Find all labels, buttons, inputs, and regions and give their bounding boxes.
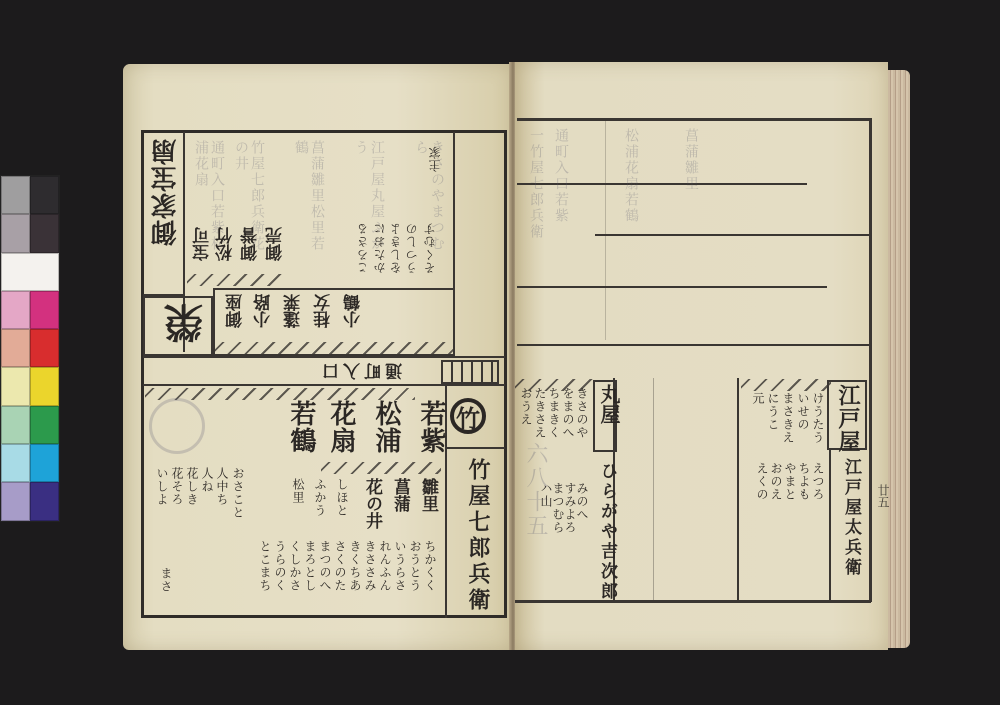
table-right-rule (869, 118, 872, 602)
corner-mark: 榮 (158, 302, 215, 343)
courtesan-name: 雛里 (416, 478, 441, 512)
color-patch (30, 482, 59, 520)
bleed-through-text: 松浦花扇若鶴 (623, 128, 639, 268)
kana-column: れんふん (378, 540, 392, 592)
divider (445, 447, 505, 449)
heading-name: 花扇 (323, 400, 360, 454)
courtesan-name: しほと (335, 478, 349, 517)
table-row-rule (517, 286, 827, 288)
left-column: 花そろ (170, 467, 184, 506)
header-band-text: 通町入口 (318, 360, 402, 385)
right-page (515, 62, 888, 650)
bleed-through-text: 菖蒲雛里松里若鶴 (293, 140, 325, 260)
lower-column: ハ山 (539, 482, 553, 508)
kana-column: そくむす (423, 222, 437, 274)
kana-column: まつのへ (318, 540, 332, 592)
color-patch (30, 291, 59, 329)
lower-column: まつむら (551, 482, 565, 534)
short-column: 御売 (263, 227, 288, 261)
label: 主 (428, 159, 442, 172)
left-column: 人ね (200, 467, 214, 493)
color-patch (30, 176, 59, 214)
left-column: 花しき (185, 467, 199, 506)
kana-column: うつしの (405, 222, 419, 274)
color-patch (30, 444, 59, 482)
kana-column: とこまち (258, 540, 272, 592)
color-patch (1, 176, 30, 214)
left-column: いしよ (155, 467, 169, 506)
courtesan-name: ふかう (313, 478, 327, 517)
shop-name: 竹屋七郎兵衛 (463, 458, 494, 614)
bottom-name: 小鶴 (341, 294, 366, 328)
left-column: おさこと (231, 467, 245, 519)
bleed-through-text: 菖蒲雛里 (683, 128, 699, 268)
bottom-name: 蓬莱 (281, 294, 306, 328)
bottom-name: 桂女 (311, 294, 336, 328)
kana-column: いうらさ (393, 540, 407, 592)
ghost-divider (605, 120, 606, 340)
chevron-ornament (145, 388, 415, 400)
kana-column: おうとう (408, 540, 422, 592)
kana-column: けうたう (811, 392, 825, 444)
left-column: 人中ち (215, 467, 229, 506)
kana-column: をしきよ (389, 222, 403, 274)
lower-column: すみよろ (563, 482, 577, 534)
kana-column: うらのく (273, 540, 287, 592)
color-patch (30, 406, 59, 444)
lower-column: えくの (755, 462, 769, 501)
color-checker-strip (0, 175, 60, 522)
color-patch (30, 367, 59, 405)
table-top-rule (517, 118, 871, 121)
table-bottom-rule (515, 600, 871, 603)
bleed-through-text: 通町入口若紫 (553, 128, 569, 268)
table-row-rule (517, 344, 871, 346)
color-patch (1, 214, 30, 252)
chevron-ornament (741, 379, 831, 391)
page-edges (888, 70, 910, 648)
courtesan-name: 松里 (291, 478, 305, 504)
shop-heading: 江戸屋 (833, 384, 864, 453)
shop-owner: 江戸屋太兵衛 (839, 458, 864, 578)
label: 家 (428, 146, 442, 159)
bottom-name: 小路 (251, 294, 276, 328)
heading-name: 若鶴 (283, 400, 320, 454)
divider (829, 450, 831, 600)
kana-column: たきさえ (533, 387, 547, 439)
side-title: 御家宝扇 (147, 138, 184, 246)
color-patch (1, 444, 30, 482)
lower-column: おのえ (769, 462, 783, 501)
color-patch (1, 406, 30, 444)
kana-column: かたおに (373, 222, 387, 274)
kana-column: ころさる (356, 222, 370, 274)
color-patch (30, 329, 59, 367)
short-column: 御誉 (238, 227, 263, 261)
bleed-through-text: 一竹屋七郎兵衛 (528, 128, 544, 268)
color-patch (1, 291, 30, 329)
chevron-ornament (321, 462, 441, 474)
short-column: 宝可 (190, 227, 215, 261)
kana-column: いせの (796, 392, 810, 431)
bottom-name: 御座 (223, 294, 248, 328)
kana-column: まろとし (303, 540, 317, 592)
short-column: 松竹 (213, 227, 238, 261)
color-patch (30, 214, 59, 252)
color-patch (1, 367, 30, 405)
left-column: まさ (159, 567, 173, 593)
kana-column: くしかさ (288, 540, 302, 592)
courtesan-name: 花の井 (360, 478, 385, 529)
shop-owner: ひらがや吉次郎 (595, 462, 620, 602)
heading-name: 松浦 (368, 400, 405, 454)
color-patch (1, 253, 59, 291)
ghost-divider (653, 378, 654, 602)
shop-heading: 丸屋 (595, 384, 624, 424)
lower-column: みのへ (575, 482, 589, 521)
kana-column: さくのた (333, 540, 347, 592)
kana-column: おうえ (519, 387, 533, 426)
right-column-top: 主家 (428, 146, 442, 172)
kana-column: まさきえ (781, 392, 795, 444)
kana-column: ちかくく (423, 540, 437, 592)
lower-column: ちよも (797, 462, 811, 501)
bleed-through-text: 六八十五 (527, 442, 543, 602)
ghost-crest-icon (149, 398, 205, 454)
open-book: 通町入口若紫松浦花扇 竹屋七郎兵衛花の井 菖蒲雛里松里若鶴 江戸屋丸屋ふかう き… (123, 62, 908, 650)
kana-column: にうこ (766, 392, 780, 431)
band-top-rule (143, 356, 505, 358)
color-patch (1, 329, 30, 367)
color-patch (1, 482, 30, 520)
lower-column: やまと (783, 462, 797, 501)
gate-icon (441, 360, 499, 384)
kana-column: きささみ (363, 540, 377, 592)
kana-column: きくちあ (348, 540, 362, 592)
page-number: 廿五 (875, 484, 892, 508)
chevron-ornament (215, 342, 453, 354)
divider (737, 378, 739, 602)
kana-column: をまのへ (561, 387, 575, 439)
heading-name: 若紫 (413, 400, 450, 454)
kana-column: 元 (751, 392, 765, 405)
courtesan-name: 菖蒲 (388, 478, 413, 512)
bamboo-crest-icon: 竹 (450, 398, 486, 434)
chevron-ornament (187, 274, 282, 286)
kana-column: ちまきく (547, 387, 561, 439)
kana-column: きさのや (575, 387, 589, 439)
lower-column: えつろ (811, 462, 825, 501)
